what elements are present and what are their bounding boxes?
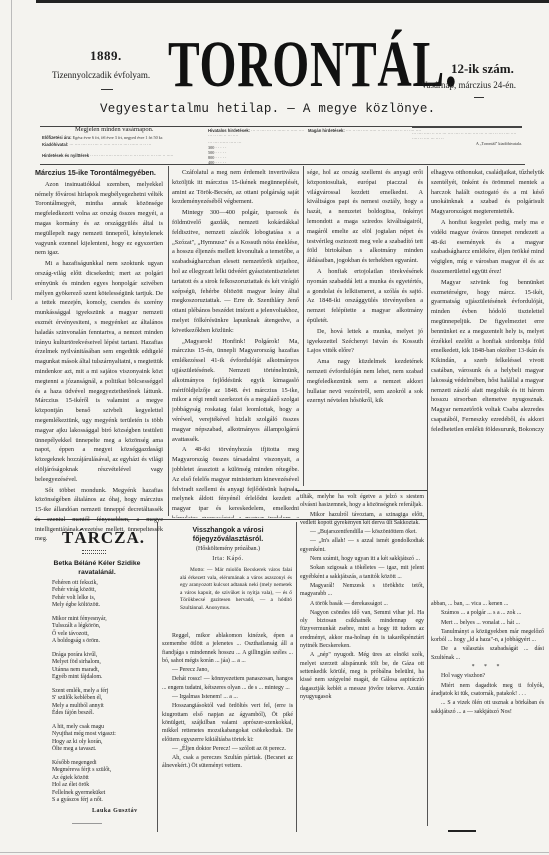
column-rule [157,522,158,832]
visszhangok-body: Reggel, mikor ablakomon kinézek, épen a … [162,632,293,832]
divider [474,97,484,98]
ornament-divider [82,550,106,554]
article-paragraph: Mi a hazafiságunkkal nem szoktunk ugyan … [35,259,163,484]
issue-date: Vasárnap, márczius 24-én. [421,80,516,90]
visszhangok-column-c: abban, ... ban, ... vica ... kenen ... S… [431,600,544,825]
poem-stanza: Szent emlék, mely a férj S' szülők keblé… [52,688,109,718]
article-paragraph: Magyar szivünk fog bennünket eszmetérség… [431,278,544,435]
scan-edge-rule [11,0,12,300]
masthead-subtitle: Vegyestartalmu hetilap. — A megye közlön… [100,102,520,116]
poem-title: Betka Béláné Kéler Szidike ravatalánál. [42,559,152,577]
article-paragraph: elhagyva otthonukat, családjaikat, tűzhe… [431,168,544,217]
column-rule [427,166,428,826]
visszhangok-subhead: (Hősköltemény prózában.) [163,546,293,552]
top-border-rule [36,0,549,3]
article-column-2: Czáfolatul a meg nem érdemelt invertivák… [172,168,299,518]
tarcza-heading: TÁRCZA. [62,528,145,548]
article-paragraph: Dehát rossz! — könnyezettem panaszosan, … [162,675,293,692]
ads-notice: ··· ···· ····· ·· ···· ··· ···· ···· ·· … [412,131,522,146]
poem-stanza: Fehéren ott fekszik, Fehér virág között,… [52,580,100,610]
subscription-info: Előfizetési ára: Egész évre 6 frt, fél é… [42,135,207,140]
article-paragraph: A 48-iki törvényhozás ifjitotta meg Magy… [172,445,299,518]
visszhangok-motto: Motto: — Már miolőn Becskerek város fala… [180,567,292,614]
visszhangok-byline: Irta: Kápó. [163,556,293,562]
newspaper-page: 1889. Tizennyolczadik évfolyam. TORONTÁL… [0,0,549,855]
column-rule [168,166,169,516]
article-headline: Márczius 15-ike Torontálmegyében. [35,168,163,178]
article-paragraph: A honfiui kegyelet pedig, mely ma e vidé… [431,218,544,277]
publication-frequency: Megjelen minden vasárnapon. [75,126,154,133]
poem-stanza: Drága porára kivűl, Melyet föd sirhalom,… [52,652,102,682]
bottom-edge [0,852,549,853]
info-top-rule-right [412,126,522,128]
office-info: Kiadóhivatal: ··· ···· ···· ··· ···· ·· … [42,142,207,147]
article-paragraph: Mintegy 300—400 polgár, iparosok és föld… [172,208,299,335]
poem-stanza: Később megengedi Megméreva férjt s szülő… [52,760,111,804]
article-column-4: elhagyva otthonukat, családjaikat, tűzhe… [431,168,544,598]
article-paragraph: sége, hol az ország szellemi és anyagi e… [307,168,423,266]
article-paragraph: Czáfolatul a meg nem érdemelt invertivák… [172,168,299,207]
article-paragraph: Ama nagy küzdelmek kezdetének nemzeti év… [307,357,423,406]
article-quote: „Magyarok! Honfink! Polgárok! Ma, márczi… [172,337,299,445]
visszhangok-column-b: tilták, melyhe ha volt égetve a jelzó s … [300,493,424,833]
notices-info: Hirdetések és nyilttérek ·· ··· ···· ···… [42,153,207,158]
poem-author: Lauka Gusztáv [92,808,138,814]
article-paragraph: — „Éljen doktor Perecz! — szólott az öt … [162,745,293,753]
subscription-price: Egész évre 6 frt, fél évre 3 frt, negyed… [73,135,163,140]
masthead-title-wrap: TORONTÁL. [168,30,418,100]
masthead-title: TORONTÁL. [168,30,348,100]
article-paragraph: De, hová lettek a munka, melyet jó igyek… [307,327,423,356]
article-paragraph: Azon insinuatiókkal szemben, melyekkel n… [35,180,163,258]
article-paragraph: — Perecz Jano, [162,666,293,674]
article-paragraph: A honfiak ertojolatlan törekvésének nyom… [307,267,423,326]
article-paragraph: Reggel, mikor ablakomon kinézek, épen a … [162,632,293,665]
masthead-volume: Tizennyolczadik évfolyam. [52,70,150,80]
article-column-3: sége, hol az ország szellemi és anyagi e… [307,168,423,488]
info-bottom-rule [40,164,525,165]
masthead-year: 1889. [90,48,122,64]
article-paragraph: Ah, csak a pereczes Szultán pártiak. (Be… [162,754,293,771]
end-divider [72,823,102,824]
poem-stanza: A hit, mely csak magu Nyujthat még most … [52,724,116,754]
article-paragraph: — Irgalmas Istenem! ... a ... [162,693,293,701]
official-ads-info: Hivatalos hirdetések: ··· ·· ···· ··· ··… [208,128,308,165]
poem-stanza: Mikor mint fényesnyár, Tulsszált a légkö… [52,616,107,646]
column-rule [303,166,304,486]
section-rule [296,490,427,491]
end-divider [448,830,476,832]
column-rule [296,522,297,832]
divider [101,89,113,90]
article-column-1: Márczius 15-ike Torontálmegyében. Azon i… [35,168,163,545]
article-paragraph: Hosszangiásoktól vad ördöltés vert fel, … [162,702,293,743]
issue-number: 12-ik szám. [451,61,514,77]
private-ads-info: Magán hirdetések: ···· ·· ···· ···· ····… [308,128,428,133]
visszhangok-headline: Visszhangok a városi főjegyzőválasztásró… [163,526,293,544]
